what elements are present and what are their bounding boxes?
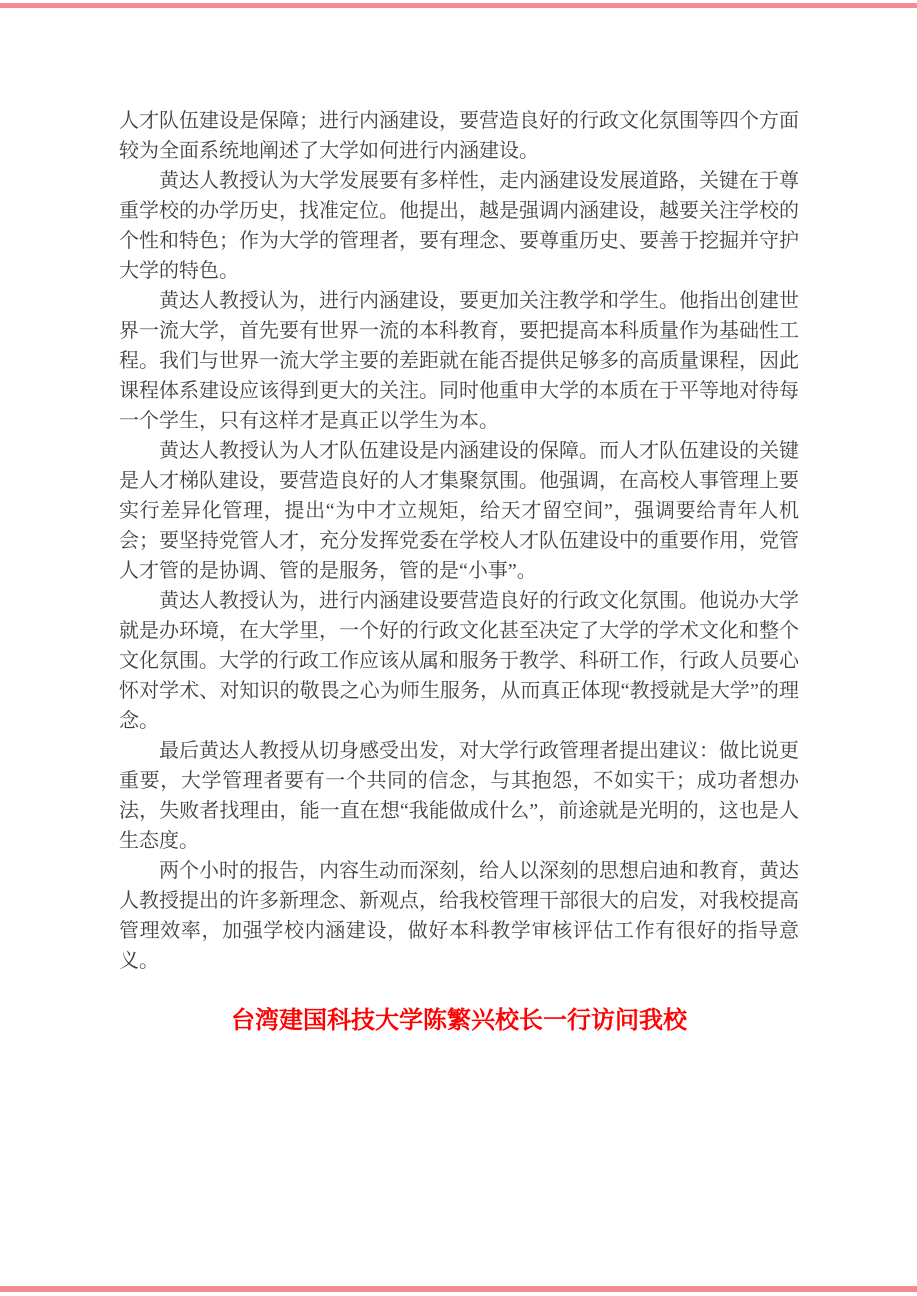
page-top-border [0,3,917,8]
section-heading: 台湾建国科技大学陈繁兴校长一行访问我校 [119,1004,799,1038]
page-bottom-border [0,1286,917,1292]
body-paragraph: 最后黄达人教授从切身感受出发，对大学行政管理者提出建议：做比说更重要，大学管理者… [119,736,799,856]
body-paragraph: 黄达人教授认为人才队伍建设是内涵建设的保障。而人才队伍建设的关键是人才梯队建设，… [119,436,799,586]
body-paragraph: 黄达人教授认为，进行内涵建设要营造良好的行政文化氛围。他说办大学就是办环境，在大… [119,586,799,736]
body-paragraph: 黄达人教授认为，进行内涵建设，要更加关注教学和学生。他指出创建世界一流大学，首先… [119,286,799,436]
body-paragraph: 两个小时的报告，内容生动而深刻，给人以深刻的思想启迪和教育，黄达人教授提出的许多… [119,856,799,976]
article-body: 人才队伍建设是保障；进行内涵建设，要营造良好的行政文化氛围等四个方面较为全面系统… [119,106,799,1038]
document-page: 人才队伍建设是保障；进行内涵建设，要营造良好的行政文化氛围等四个方面较为全面系统… [0,0,917,1296]
body-paragraph: 黄达人教授认为大学发展要有多样性，走内涵建设发展道路，关键在于尊重学校的办学历史… [119,166,799,286]
body-paragraph: 人才队伍建设是保障；进行内涵建设，要营造良好的行政文化氛围等四个方面较为全面系统… [119,106,799,166]
